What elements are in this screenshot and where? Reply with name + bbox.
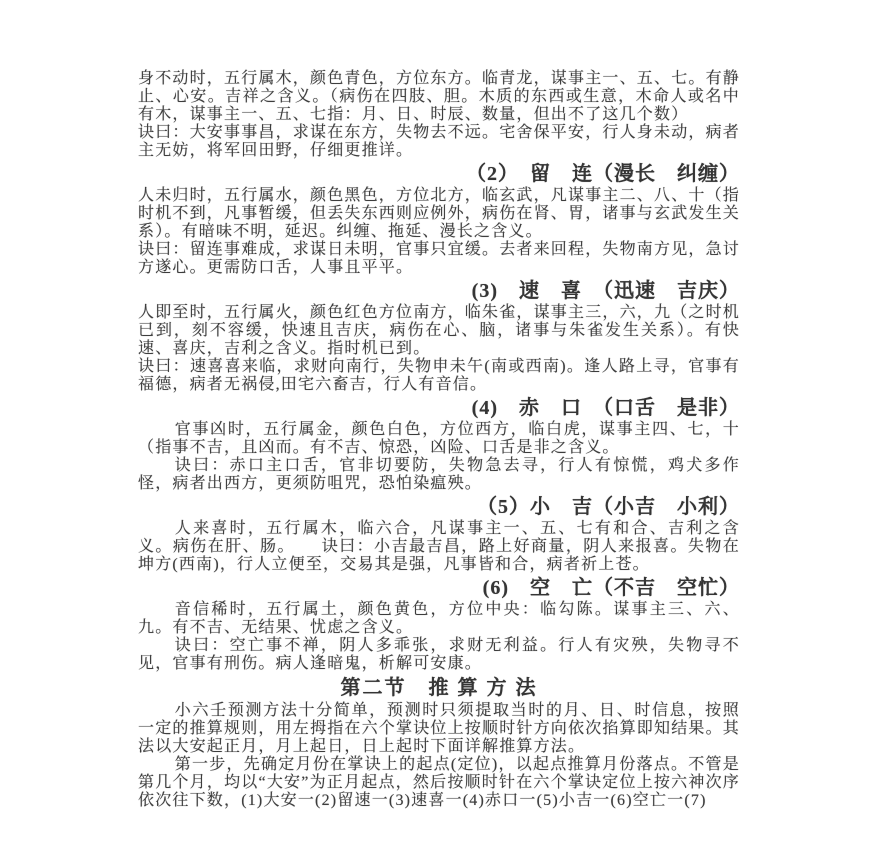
document-page: 身不动时，五行属木，颜色青色，方位东方。临青龙，谋事主一、五、七。有静止、心安。… [0,0,870,842]
body-paragraph: 诀曰：空亡事不禅，阴人多乖张，求财无利益。行人有灾殃，失物寻不见，官事有刑伤。病… [138,637,740,673]
body-paragraph: 诀曰：赤口主口舌，官非切要防，失物急去寻，行人有惊慌，鸡犬多作怪，病者出西方，更… [138,457,740,493]
body-paragraph: 音信稀时，五行属土，颜色黄色，方位中央：临勾陈。谋事主三、六、九。有不吉、无结果… [138,601,740,637]
body-paragraph: 诀曰：大安事事昌，求谋在东方，失物去不远。宅舍保平安，行人身未动，病者主无妨，将… [138,124,740,160]
body-paragraph: 身不动时，五行属木，颜色青色，方位东方。临青龙，谋事主一、五、七。有静止、心安。… [138,70,740,124]
body-paragraph: 人未归时，五行属水，颜色黑色，方位北方，临玄武，凡谋事主二、八、十（指时机不到，… [138,187,740,241]
body-paragraph: 诀曰：留连事难成，求谋日未明，官事只宜缓。去者来回程，失物南方见，急讨方遂心。更… [138,241,740,277]
subsection-heading: (3) 速 喜 （迅速 吉庆） [138,280,740,302]
subsection-heading: （5）小 吉（小吉 小利） [138,496,740,518]
section-title: 第二节 推 算 方 法 [138,677,740,699]
subsection-heading: (4) 赤 口 （口舌 是非） [138,397,740,419]
body-paragraph: 人来喜时，五行属木，临六合，凡谋事主一、五、七有和合、吉利之含义。病伤在肝、肠。… [138,520,740,574]
subsection-heading: （2） 留 连（漫长 纠缠） [138,163,740,185]
body-paragraph: 人即至时，五行属火，颜色红色方位南方，临朱雀，谋事主三，六，九（之时机已到，刻不… [138,304,740,358]
body-paragraph: 官事凶时，五行属金，颜色白色，方位西方，临白虎，谋事主四、七，十（指事不吉，且凶… [138,421,740,457]
body-paragraph: 小六壬预测方法十分简单，预测时只须提取当时的月、日、时信息，按照一定的推算规则，… [138,702,740,756]
body-paragraph: 诀曰：速喜喜来临，求财向南行，失物申未午(南或西南)。逢人路上寻，官事有福德，病… [138,358,740,394]
text-column: 身不动时，五行属木，颜色青色，方位东方。临青龙，谋事主一、五、七。有静止、心安。… [138,70,740,810]
subsection-heading: (6) 空 亡（不吉 空忙） [138,577,740,599]
body-paragraph: 第一步，先确定月份在掌诀上的起点(定位)，以起点推算月份落点。不管是第几个月，均… [138,756,740,810]
